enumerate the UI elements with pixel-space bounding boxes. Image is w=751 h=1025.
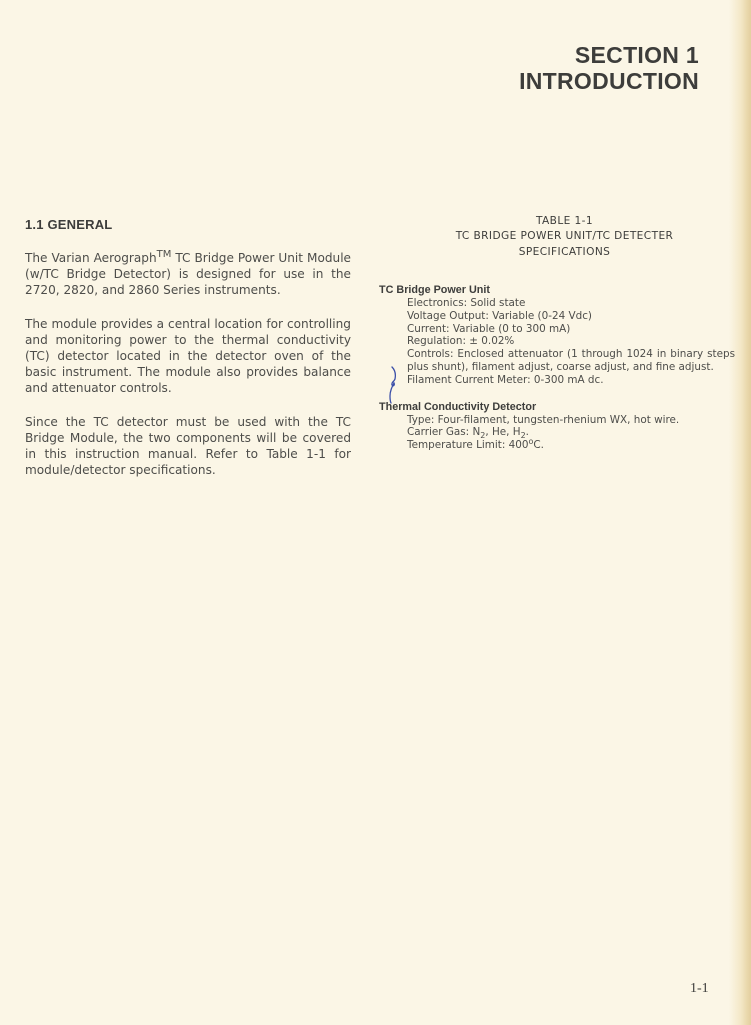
spec-filament-meter: Filament Current Meter: 0-300 mA dc. — [407, 374, 735, 387]
temp-text: C. — [533, 439, 544, 451]
detector-group: Thermal Conductivity Detector Type: Four… — [379, 401, 735, 452]
power-unit-group: TC Bridge Power Unit Electronics: Solid … — [379, 284, 735, 387]
section-number: SECTION 1 — [519, 42, 699, 68]
spec-temperature-limit: Temperature Limit: 400oC. — [407, 439, 735, 452]
spec-voltage-output: Voltage Output: Variable (0-24 Vdc) — [407, 310, 735, 323]
table-title: TABLE 1-1 TC BRIDGE POWER UNIT/TC DETECT… — [394, 214, 735, 260]
specifications-table: TABLE 1-1 TC BRIDGE POWER UNIT/TC DETECT… — [379, 214, 735, 452]
spec-detector-type: Type: Four-filament, tungsten-rhenium WX… — [407, 414, 735, 427]
carrier-text: , He, H — [485, 426, 520, 438]
spec-regulation: Regulation: ± 0.02% — [407, 335, 735, 348]
temp-text: Temperature Limit: 400 — [407, 439, 529, 451]
power-unit-title: TC Bridge Power Unit — [379, 284, 735, 296]
handwritten-brace-icon — [386, 365, 402, 405]
para1-text-start: The Varian Aerograph — [25, 251, 157, 265]
spec-electronics: Electronics: Solid state — [407, 297, 735, 310]
trademark-mark: TM — [157, 249, 172, 260]
general-paragraph-3: Since the TC detector must be used with … — [25, 414, 351, 479]
spec-current: Current: Variable (0 to 300 mA) — [407, 323, 735, 336]
spec-carrier-gas: Carrier Gas: N2, He, H2. — [407, 426, 735, 439]
general-paragraph-2: The module provides a central location f… — [25, 316, 351, 397]
table-number: TABLE 1-1 — [394, 214, 735, 229]
general-heading: 1.1 GENERAL — [25, 217, 351, 232]
page-edge-shadow — [729, 0, 751, 1025]
section-name: INTRODUCTION — [519, 68, 699, 94]
table-caption: SPECIFICATIONS — [394, 245, 735, 260]
spec-controls: Controls: Enclosed attenuator (1 through… — [407, 348, 735, 374]
general-paragraph-1: The Varian AerographTM TC Bridge Power U… — [25, 250, 351, 299]
detector-title: Thermal Conductivity Detector — [379, 401, 735, 413]
page-number: 1-1 — [690, 981, 709, 997]
general-section: 1.1 GENERAL The Varian AerographTM TC Br… — [25, 217, 351, 495]
table-subject: TC BRIDGE POWER UNIT/TC DETECTER — [394, 229, 735, 244]
section-title: SECTION 1 INTRODUCTION — [519, 42, 699, 94]
carrier-text: Carrier Gas: N — [407, 426, 480, 438]
